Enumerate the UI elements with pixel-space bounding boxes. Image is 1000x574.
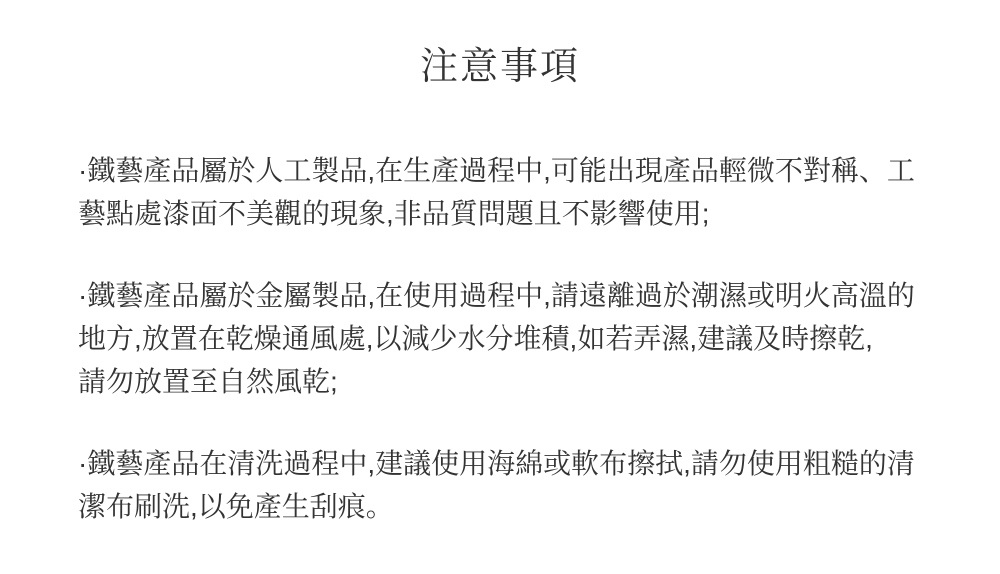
notice-line: 潔布刷洗,以免產生刮痕。 bbox=[78, 485, 916, 528]
notice-content: ·鐵藝產品屬於人工製品,在生產過程中,可能出現產品輕微不對稱、工 藝點處漆面不美… bbox=[78, 149, 916, 528]
notice-line: 藝點處漆面不美觀的現象,非品質問題且不影響使用; bbox=[78, 192, 916, 235]
notice-paragraph-moisture: ·鐵藝產品屬於金屬製品,在使用過程中,請遠離過於潮濕或明火高溫的 地方,放置在乾… bbox=[78, 274, 916, 403]
notice-line: 地方,放置在乾燥通風處,以減少水分堆積,如若弄濕,建議及時擦乾, bbox=[78, 317, 916, 360]
notice-paragraph-cleaning: ·鐵藝產品在清洗過程中,建議使用海綿或軟布擦拭,請勿使用粗糙的清 潔布刷洗,以免… bbox=[78, 442, 916, 528]
notice-line: ·鐵藝產品屬於金屬製品,在使用過程中,請遠離過於潮濕或明火高溫的 bbox=[78, 274, 916, 317]
notice-line: ·鐵藝產品在清洗過程中,建議使用海綿或軟布擦拭,請勿使用粗糙的清 bbox=[78, 442, 916, 485]
notice-paragraph-craftsmanship: ·鐵藝產品屬於人工製品,在生產過程中,可能出現產品輕微不對稱、工 藝點處漆面不美… bbox=[78, 149, 916, 235]
notice-page: 注意事項 ·鐵藝產品屬於人工製品,在生產過程中,可能出現產品輕微不對稱、工 藝點… bbox=[0, 0, 1000, 574]
notice-line: 請勿放置至自然風乾; bbox=[78, 360, 916, 403]
page-title: 注意事項 bbox=[0, 0, 1000, 92]
notice-line: ·鐵藝產品屬於人工製品,在生產過程中,可能出現產品輕微不對稱、工 bbox=[78, 149, 916, 192]
